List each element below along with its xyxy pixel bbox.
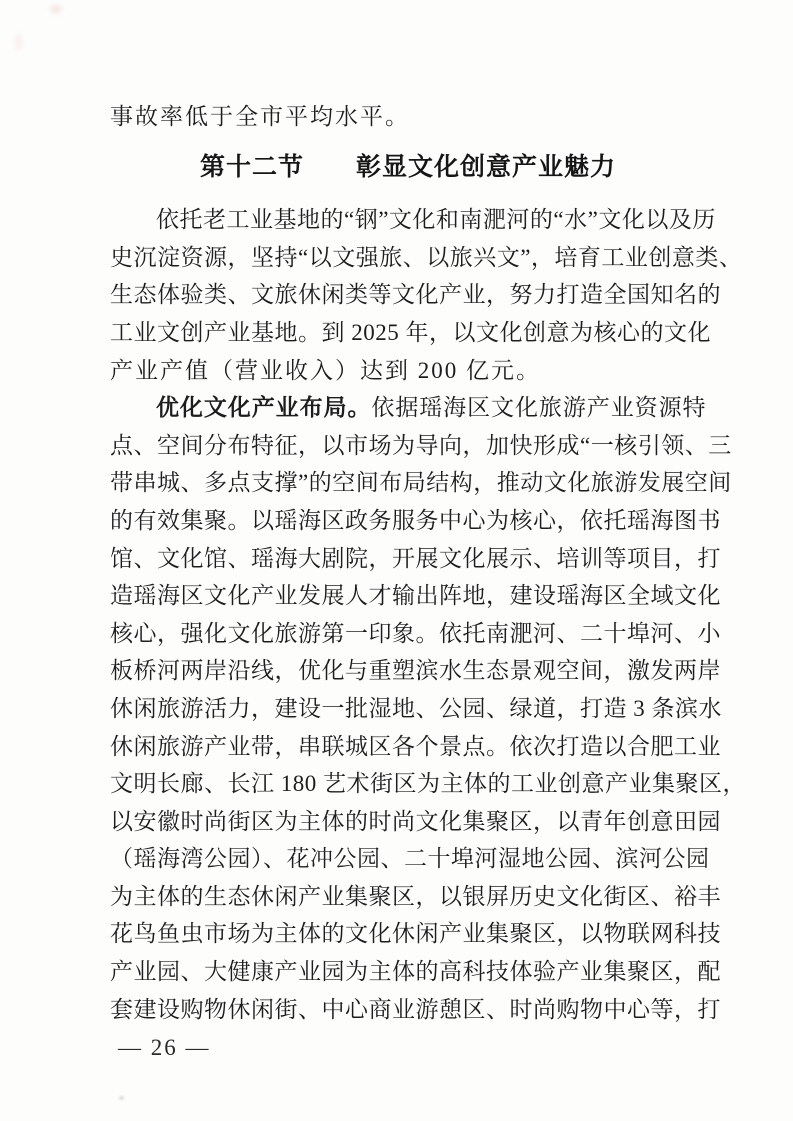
text-line: 休闲旅游活力，建设一批湿地、公园、绿道，打造 3 条滨水 [110, 690, 706, 728]
bold-lead-phrase: 优化文化产业布局。 [156, 394, 371, 420]
body-paragraphs: 依托老工业基地的“钢”文化和南淝河的“水”文化以及历史沉淀资源，坚持“以文强旅、… [110, 201, 706, 1028]
text-line: 花鸟鱼虫市场为主体的文化休闲产业集聚区，以物联网科技 [110, 915, 706, 953]
text-line: 优化文化产业布局。依据瑶海区文化旅游产业资源特 [110, 389, 706, 427]
text-line: 依托老工业基地的“钢”文化和南淝河的“水”文化以及历 [110, 201, 706, 239]
paragraph: 优化文化产业布局。依据瑶海区文化旅游产业资源特点、空间分布特征，以市场为导向，加… [110, 389, 706, 1028]
text-line: 造瑶海区文化产业发展人才输出阵地，建设瑶海区全域文化 [110, 577, 706, 615]
text-line: 工业文创产业基地。到 2025 年，以文化创意为核心的文化 [110, 314, 706, 352]
text-line: 板桥河两岸沿线，优化与重塑滨水生态景观空间，激发两岸 [110, 652, 706, 690]
text-line: 休闲旅游产业带，串联城区各个景点。依次打造以合肥工业 [110, 728, 706, 766]
scan-artifact [14, 34, 23, 50]
scan-artifact [50, 4, 62, 14]
text-line: 产业产值（营业收入）达到 200 亿元。 [110, 352, 706, 390]
text-line: 核心，强化文化旅游第一印象。依托南淝河、二十埠河、小 [110, 615, 706, 653]
page-number: — 26 — [118, 1033, 211, 1063]
paragraph: 依托老工业基地的“钢”文化和南淝河的“水”文化以及历史沉淀资源，坚持“以文强旅、… [110, 201, 706, 389]
section-heading: 第十二节 彰显文化创意产业魅力 [110, 149, 706, 187]
text-line: （瑶海湾公园）、花冲公园、二十埠河湿地公园、滨河公园 [110, 840, 706, 878]
text-line: 产业园、大健康产业园为主体的高科技体验产业集聚区，配 [110, 953, 706, 991]
text-line: 为主体的生态休闲产业集聚区，以银屏历史文化街区、裕丰 [110, 878, 706, 916]
scanned-document-page: 事故率低于全市平均水平。 第十二节 彰显文化创意产业魅力 依托老工业基地的“钢”… [0, 0, 793, 1121]
text-line: 点、空间分布特征，以市场为导向，加快形成“一核引领、三 [110, 427, 706, 465]
scan-artifact [119, 1096, 124, 1100]
text-line: 史沉淀资源，坚持“以文强旅、以旅兴文”，培育工业创意类、 [110, 239, 706, 277]
text-line: 带串城、多点支撑”的空间布局结构，推动文化旅游发展空间 [110, 464, 706, 502]
text-line: 以安徽时尚街区为主体的时尚文化集聚区，以青年创意田园 [110, 803, 706, 841]
text-line: 生态体验类、文旅休闲类等文化产业，努力打造全国知名的 [110, 276, 706, 314]
page-content: 事故率低于全市平均水平。 第十二节 彰显文化创意产业魅力 依托老工业基地的“钢”… [110, 98, 706, 1028]
text-line: 馆、文化馆、瑶海大剧院，开展文化展示、培训等项目，打 [110, 540, 706, 578]
paragraph-trailing-line: 事故率低于全市平均水平。 [110, 98, 706, 136]
text-line: 文明长廊、长江 180 艺术街区为主体的工业创意产业集聚区， [110, 765, 706, 803]
text-line: 套建设购物休闲街、中心商业游憩区、时尚购物中心等，打 [110, 991, 706, 1029]
text-line: 的有效集聚。以瑶海区政务服务中心为核心，依托瑶海图书 [110, 502, 706, 540]
